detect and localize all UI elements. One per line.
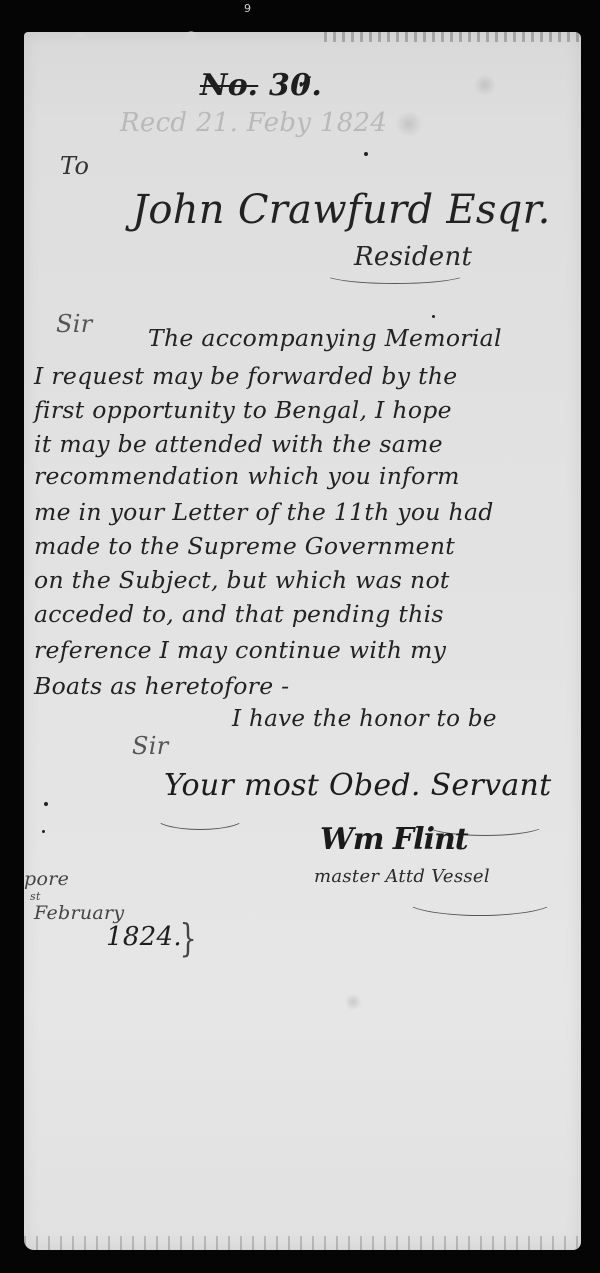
body-line-11: Boats as heretofore -	[34, 672, 289, 700]
signature: Wm Flint	[320, 822, 468, 857]
dateline-brace: }	[180, 916, 197, 960]
body-line-5: recommendation which you inform	[34, 462, 460, 490]
body-line-6: me in your Letter of the 11th you had	[34, 498, 494, 526]
letter-page: No. 30. ✓ Recd 21. Feby 1824 To John Cra…	[24, 32, 581, 1250]
body-line-9: acceded to, and that pending this	[34, 600, 444, 628]
dateline-month: February	[34, 902, 124, 924]
body-line-1: The accompanying Memorial	[148, 324, 502, 352]
salutation-sir: Sir	[56, 310, 93, 338]
body-line-10: reference I may continue with my	[34, 636, 446, 664]
salutation-to: To	[60, 152, 89, 180]
body-line-3: first opportunity to Bengal, I hope	[34, 396, 452, 424]
ink-dot	[42, 830, 45, 833]
signature-flourish	[404, 884, 556, 916]
ink-dot	[432, 315, 435, 318]
paper-top-edge-wear	[324, 32, 581, 42]
top-margin-mark: 9	[244, 2, 251, 15]
paper-stain	[344, 994, 362, 1010]
subscription-flourish	[154, 804, 246, 830]
addressee-name: John Crawfurd Esqr.	[132, 187, 551, 233]
paper-stain	[394, 112, 424, 136]
body-line-4: it may be attended with the same	[34, 430, 443, 458]
checkmark-icon: ✓	[296, 72, 311, 93]
body-line-8: on the Subject, but which was not	[34, 566, 450, 594]
reference-prefix-struck: No.	[200, 68, 258, 103]
received-date-note: Recd 21. Feby 1824	[120, 108, 387, 138]
paper-stain	[474, 74, 496, 96]
closing-sir: Sir	[132, 732, 169, 760]
closing-line: I have the honor to be	[232, 706, 497, 732]
body-line-2: I request may be forwarded by the	[34, 362, 458, 390]
closing-subscription: Your most Obed. Servant	[164, 768, 552, 803]
ink-dot	[364, 152, 368, 156]
title-flourish	[324, 264, 466, 284]
paper-bottom-edge-wear	[24, 1236, 581, 1250]
scan-background: 9 No. 30. ✓ Recd 21. Feby 1824 To John C…	[0, 0, 600, 1273]
dateline-year: 1824.	[106, 922, 182, 952]
body-line-7: made to the Supreme Government	[34, 532, 455, 560]
ink-dot	[44, 802, 48, 806]
dateline-place: pore	[24, 868, 69, 890]
